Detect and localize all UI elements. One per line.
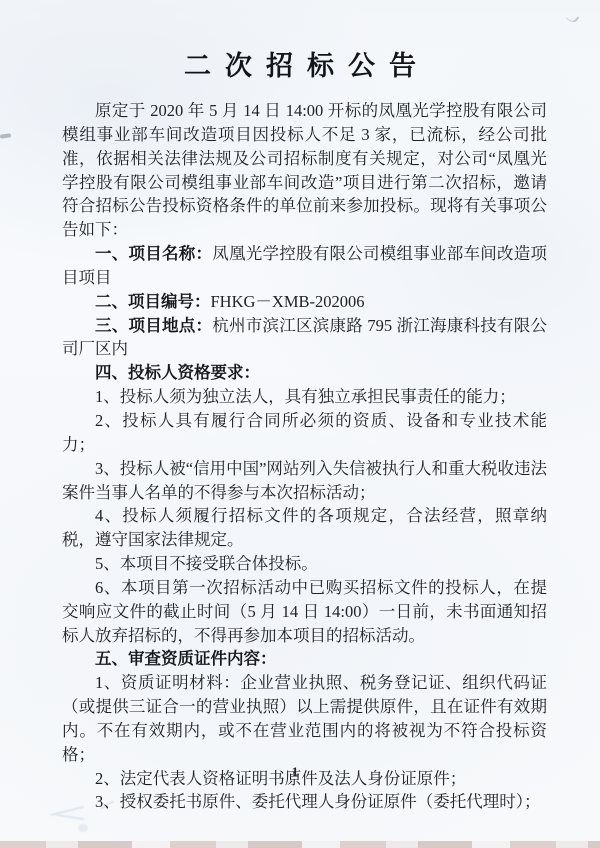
paragraph-qualification-2: 2、投标人具有履行合同所必须的资质、设备和专业技术能力； [62,409,547,457]
paragraph-lead: 四、投标人资格要求： [95,363,260,382]
paragraph-qualification-4: 4、投标人须履行招标文件的各项规定，合法经营，照章纳税，遵守国家法律规定。 [62,504,547,552]
paragraph-qualification-5: 5、本项目不接受联合体投标。 [62,552,547,576]
paragraph-text: 1、投标人须为独立法人，具有独立承担民事责任的能力； [95,387,516,406]
heading-credential-review: 五、审查资质证件内容： [62,647,547,671]
paragraph-project-location: 三、项目地点：杭州市滨江区滨康路 795 浙江海康科技有限公司厂区内 [62,314,547,362]
paragraph-qualification-1: 1、投标人须为独立法人，具有独立承担民事责任的能力； [62,385,547,409]
paragraph-lead: 一、项目名称： [95,244,212,263]
paragraph-lead: 三、项目地点： [95,316,212,335]
paragraph-text: 3、授权委托书原件、委托代理人身份证原件（委托代理时）； [95,792,541,811]
paragraph-credential-1: 1、资质证明材料：企业营业执照、税务登记证、组织代码证（或提供三证合一的营业执照… [62,671,547,766]
paragraph-text: 5、本项目不接受联合体投标。 [95,554,318,573]
paragraph-qualification-6: 6、本项目第一次招标活动中已购买招标文件的投标人，在提交响应文件的截止时间（5 … [62,576,547,648]
document-body: 原定于 2020 年 5 月 14 日 14:00 开标的凤凰光学控股有限公司模… [62,99,547,814]
paragraph-lead: 二、项目编号： [95,292,211,311]
scan-artifact-left-edge [0,133,11,138]
paragraph-qualification-3: 3、投标人被“信用中国”网站列入失信被执行人和重大税收违法案件当事人名单的不得参… [62,457,547,505]
page-number: 1 [0,764,595,780]
document-title: 二次招标公告 [0,44,600,83]
paragraph-text: 4、投标人须履行招标文件的各项规定，合法经营，照章纳税，遵守国家法律规定。 [62,506,547,549]
paragraph-text: 原定于 2020 年 5 月 14 日 14:00 开标的凤凰光学控股有限公司模… [62,101,547,239]
paragraph-credential-3: 3、授权委托书原件、委托代理人身份证原件（委托代理时）； [62,790,547,814]
paragraph-project-name: 一、项目名称：凤凰光学控股有限公司模组事业部车间改造项目项目 [62,242,547,290]
paragraph-lead: 五、审查资质证件内容： [95,649,277,668]
paragraph-text: 2、投标人具有履行合同所必须的资质、设备和专业技术能力； [62,411,547,454]
heading-bidder-qualifications: 四、投标人资格要求： [62,361,547,385]
scan-edge-band [0,841,600,848]
paragraph-text: FHKG－XMB-202006 [211,292,365,311]
paragraph-intro: 原定于 2020 年 5 月 14 日 14:00 开标的凤凰光学控股有限公司模… [62,99,547,242]
paragraph-project-number: 二、项目编号：FHKG－XMB-202006 [62,290,547,314]
paragraph-text: 3、投标人被“信用中国”网站列入失信被执行人和重大税收违法案件当事人名单的不得参… [62,459,547,502]
document-page: 二次招标公告 原定于 2020 年 5 月 14 日 14:00 开标的凤凰光学… [0,0,600,848]
scan-artifact-top-right [566,12,580,25]
paragraph-text: 1、资质证明材料：企业营业执照、税务登记证、组织代码证（或提供三证合一的营业执照… [62,673,547,764]
paragraph-text: 6、本项目第一次招标活动中已购买招标文件的投标人，在提交响应文件的截止时间（5 … [62,578,547,645]
